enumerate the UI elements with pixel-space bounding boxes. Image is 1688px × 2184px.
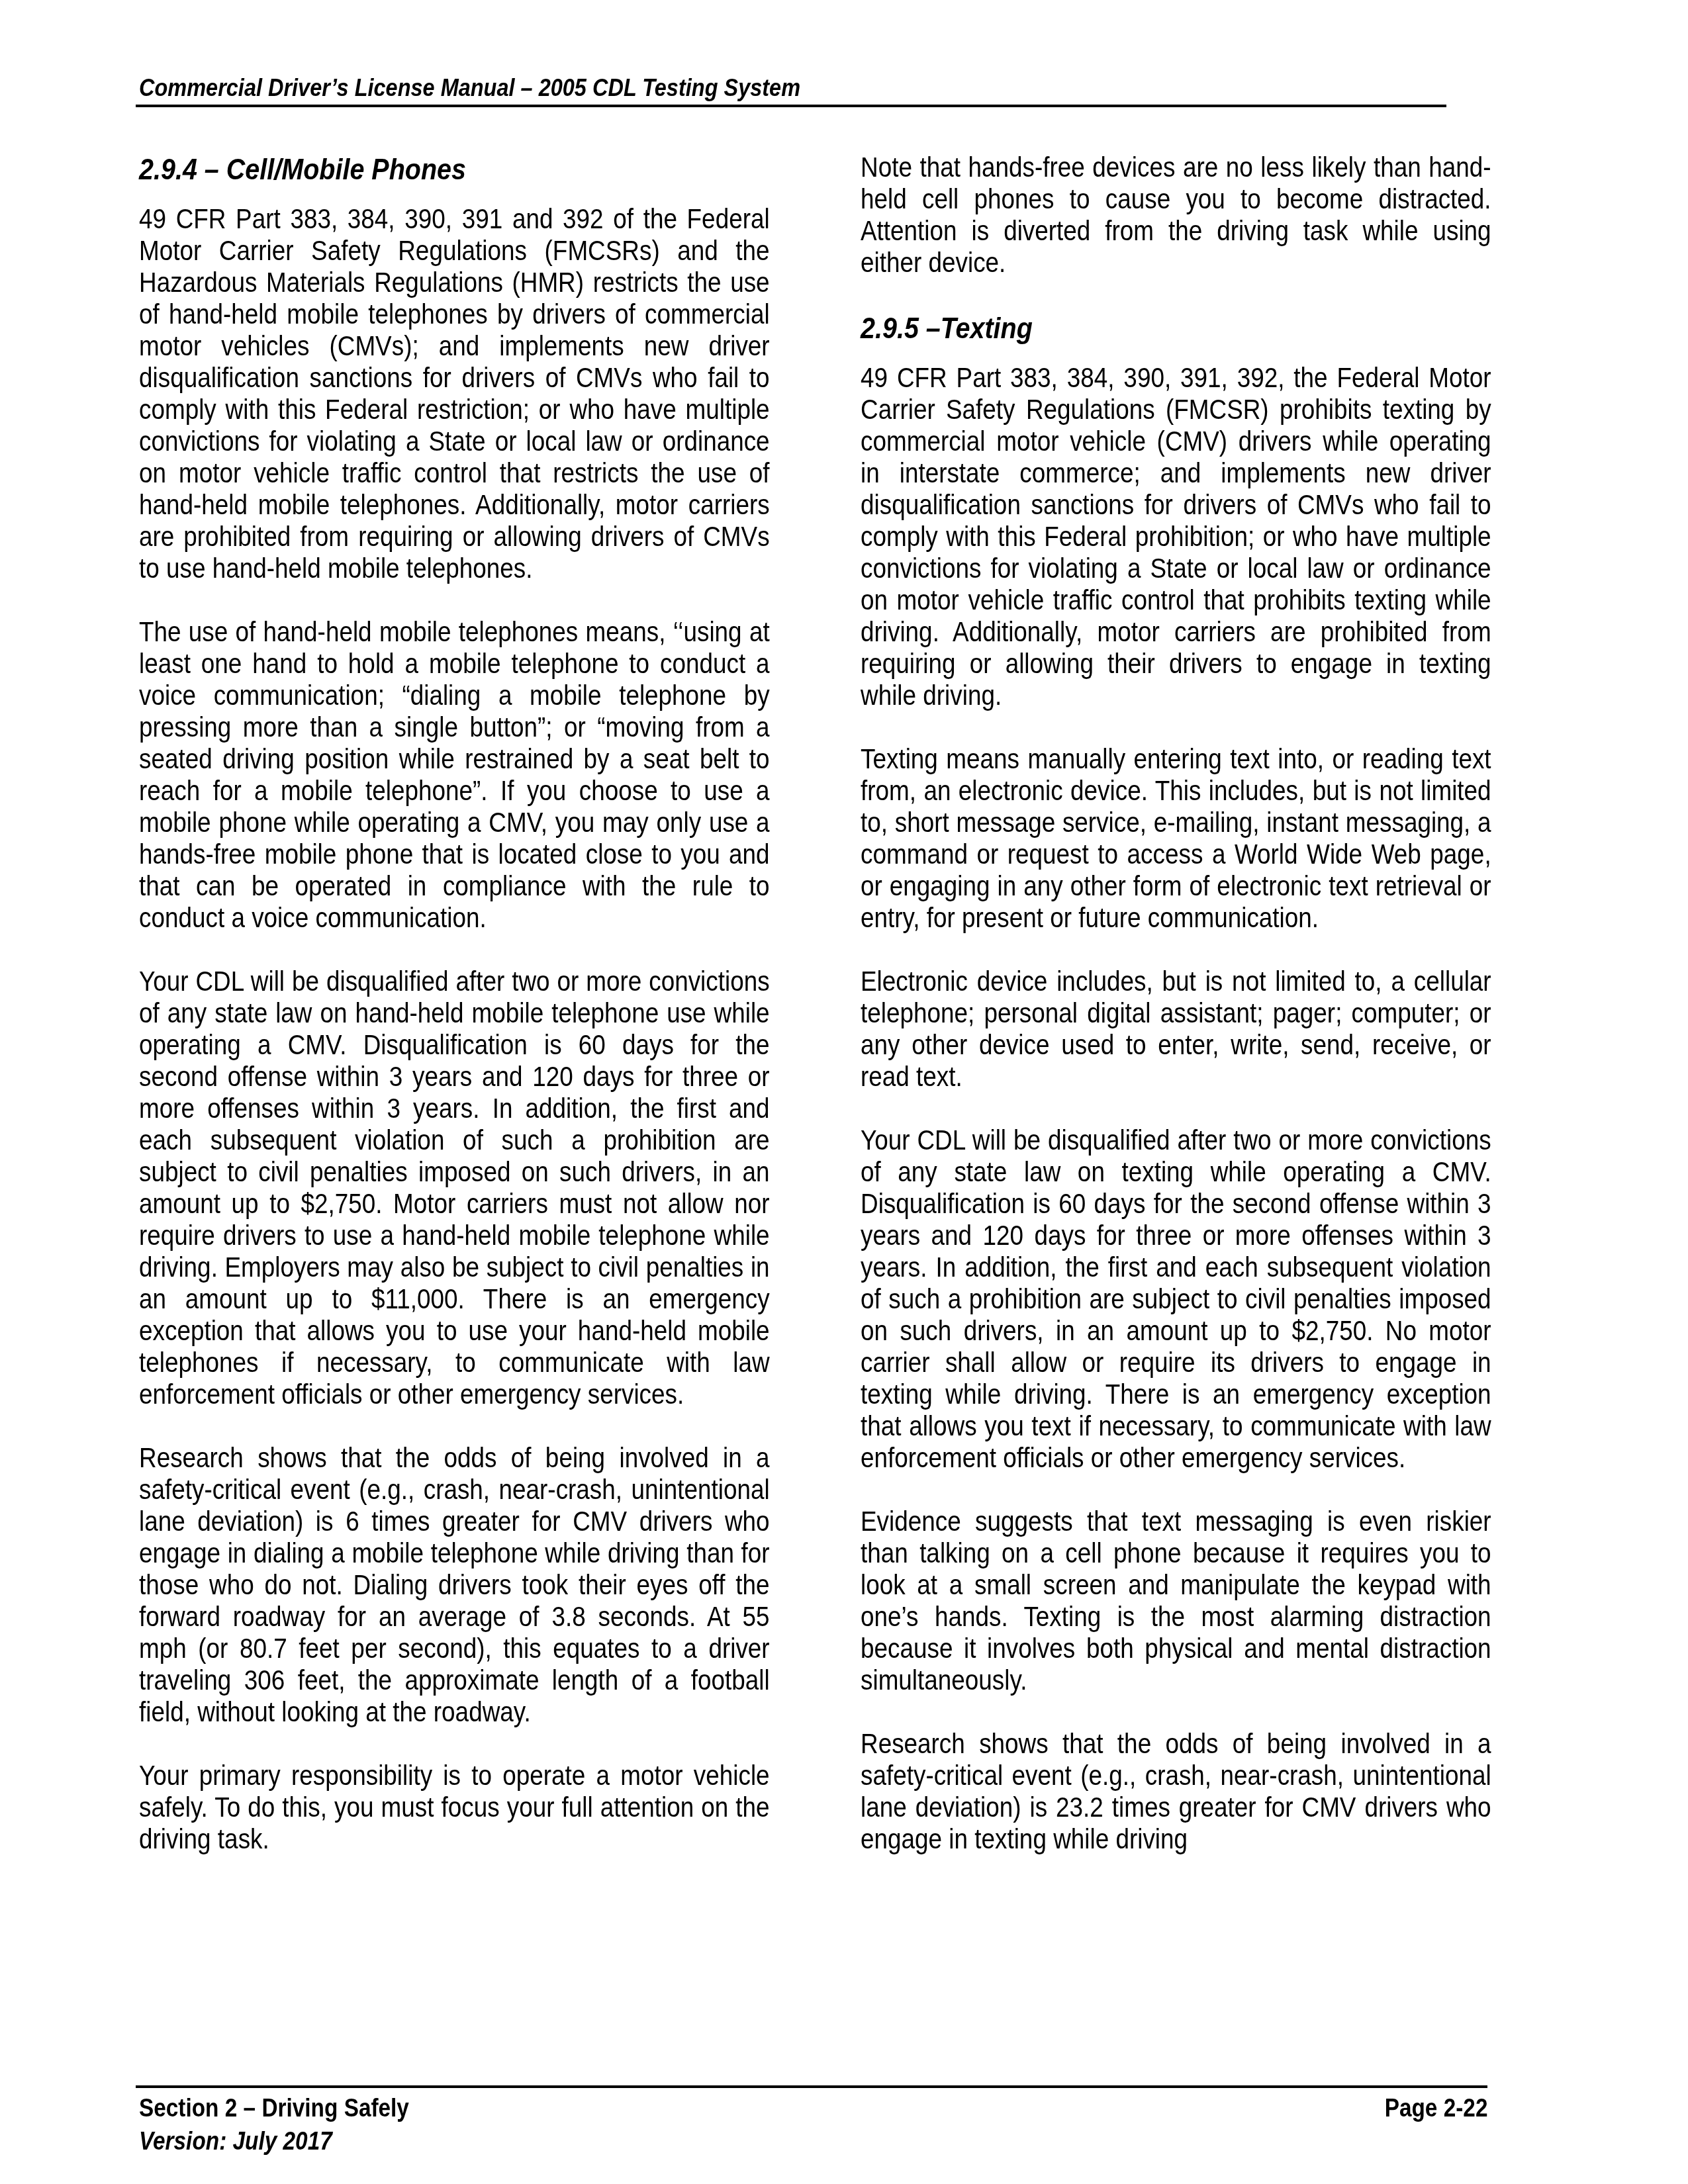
paragraph: Your CDL will be disqualified after two … <box>861 1124 1491 1474</box>
paragraph: Research shows that the odds of being in… <box>861 1728 1491 1855</box>
section-heading-2-9-5: 2.9.5 –Texting <box>861 310 1491 346</box>
paragraph: Research shows that the odds of being in… <box>139 1442 770 1728</box>
footer-section-label: Section 2 – Driving Safely <box>139 2093 409 2124</box>
right-column: Note that hands-free devices are no less… <box>861 152 1491 1887</box>
left-column: 2.9.4 – Cell/Mobile Phones 49 CFR Part 3… <box>139 152 770 1887</box>
paragraph: Texting means manually entering text int… <box>861 743 1491 934</box>
header-divider <box>136 105 1446 107</box>
section-heading-2-9-4: 2.9.4 – Cell/Mobile Phones <box>139 152 770 187</box>
paragraph: Evidence suggests that text messaging is… <box>861 1506 1491 1696</box>
manual-page: Commercial Driver’s License Manual – 200… <box>0 0 1688 2184</box>
footer-page-number: Page 2-22 <box>1384 2093 1487 2124</box>
paragraph: 49 CFR Part 383, 384, 390, 391, 392, the… <box>861 362 1491 711</box>
paragraph: Note that hands-free devices are no less… <box>861 152 1491 279</box>
paragraph: 49 CFR Part 383, 384, 390, 391 and 392 o… <box>139 203 770 584</box>
footer-version-label: Version: July 2017 <box>139 2126 332 2158</box>
paragraph: Your CDL will be disqualified after two … <box>139 966 770 1410</box>
paragraph: Electronic device includes, but is not l… <box>861 966 1491 1093</box>
footer-divider <box>136 2085 1487 2088</box>
paragraph: The use of hand-held mobile telephones m… <box>139 616 770 934</box>
page-header-title: Commercial Driver’s License Manual – 200… <box>139 73 800 103</box>
paragraph: Your primary responsibility is to operat… <box>139 1760 770 1855</box>
